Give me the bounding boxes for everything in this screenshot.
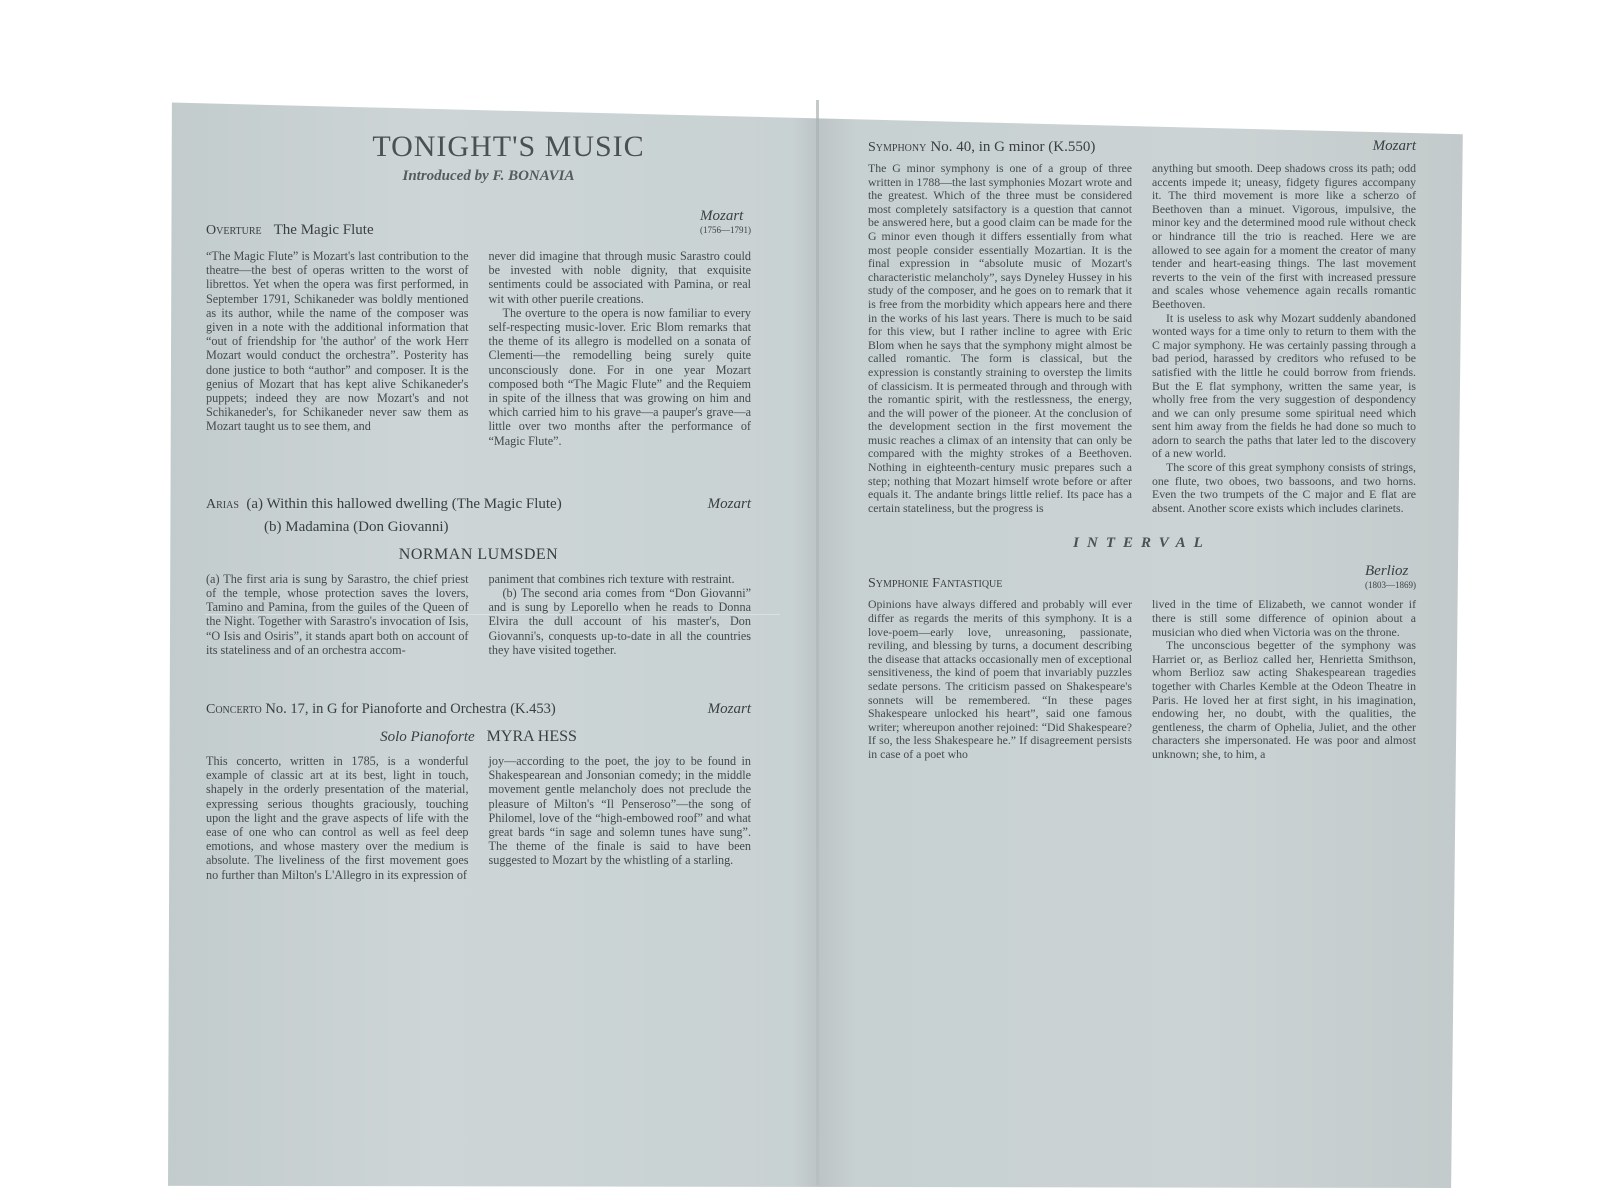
piece-label: Symphonie Fantastique xyxy=(868,576,1002,591)
concerto-text-col2: joy—according to the poet, the joy to be… xyxy=(489,754,752,868)
composer-dates: (1756—1791) xyxy=(700,225,751,235)
composer-name: Mozart xyxy=(708,496,751,513)
fantastique-text-col1: Opinions have always differed and probab… xyxy=(868,598,1132,761)
concerto-text-col1: This concerto, written in 1785, is a won… xyxy=(206,754,469,882)
composer-name: Mozart xyxy=(1373,138,1416,155)
symphony40-text-col2b: It is useless to ask why Mozart suddenly… xyxy=(1152,312,1416,462)
composer-name: Mozart xyxy=(700,208,743,224)
arias-text-col2a: paniment that combines rich texture with… xyxy=(489,572,752,586)
page-title: TONIGHT'S MUSIC xyxy=(266,130,751,164)
arias-section: Arias (a) Within this hallowed dwelling … xyxy=(206,496,751,657)
overture-text-col1: “The Magic Flute” is Mozart's last contr… xyxy=(206,249,469,434)
overture-text-col2a: never did imagine that through music Sar… xyxy=(489,249,752,306)
composer-name: Mozart xyxy=(708,701,751,718)
composer-name: Berlioz xyxy=(1365,563,1408,579)
center-fold xyxy=(816,100,819,1185)
overture-text-col2b: The overture to the opera is now familia… xyxy=(489,306,752,448)
fantastique-text-col2b: The unconscious begetter of the symphony… xyxy=(1152,639,1416,761)
interval-heading: INTERVAL xyxy=(868,535,1416,552)
performer-name: NORMAN LUMSDEN xyxy=(206,546,751,564)
fantastique-text-col2a: lived in the time of Elizabeth, we canno… xyxy=(1152,598,1416,639)
piece-label: Concerto xyxy=(206,702,262,717)
overture-section: Overture The Magic Flute Mozart (1756—17… xyxy=(206,207,751,448)
composer-dates: (1803—1869) xyxy=(1365,580,1416,590)
symphony40-section: Symphony No. 40, in G minor (K.550) Moza… xyxy=(868,138,1416,515)
piece-label: Symphony xyxy=(868,140,926,155)
symphony40-text-col2a: anything but smooth. Deep shadows cross … xyxy=(1152,162,1416,312)
symphony40-text-col2c: The score of this great symphony consist… xyxy=(1152,461,1416,515)
piece-title: The Magic Flute xyxy=(274,222,374,238)
piece-title: No. 40, in G minor (K.550) xyxy=(930,139,1095,155)
fantastique-section: Symphonie Fantastique Berlioz (1803—1869… xyxy=(868,562,1416,761)
piece-title: No. 17, in G for Pianoforte and Orchestr… xyxy=(265,701,555,717)
left-page: TONIGHT'S MUSIC Introduced by F. BONAVIA… xyxy=(206,130,751,882)
soloist-name: MYRA HESS xyxy=(487,728,577,745)
concerto-section: Concerto No. 17, in G for Pianoforte and… xyxy=(206,701,751,882)
aria-b: (b) Madamina (Don Giovanni) xyxy=(264,519,449,536)
soloist-role: Solo Pianoforte xyxy=(380,729,475,745)
right-page: Symphony No. 40, in G minor (K.550) Moza… xyxy=(868,132,1416,762)
symphony40-text-col1: The G minor symphony is one of a group o… xyxy=(868,162,1132,515)
aria-a: (a) Within this hallowed dwelling (The M… xyxy=(246,496,561,512)
piece-label: Arias xyxy=(206,497,239,512)
piece-label: Overture xyxy=(206,223,262,238)
page-subtitle: Introduced by F. BONAVIA xyxy=(206,168,751,185)
arias-text-col2b: (b) The second aria comes from “Don Giov… xyxy=(489,586,752,657)
arias-text-col1: (a) The first aria is sung by Sarastro, … xyxy=(206,572,469,657)
